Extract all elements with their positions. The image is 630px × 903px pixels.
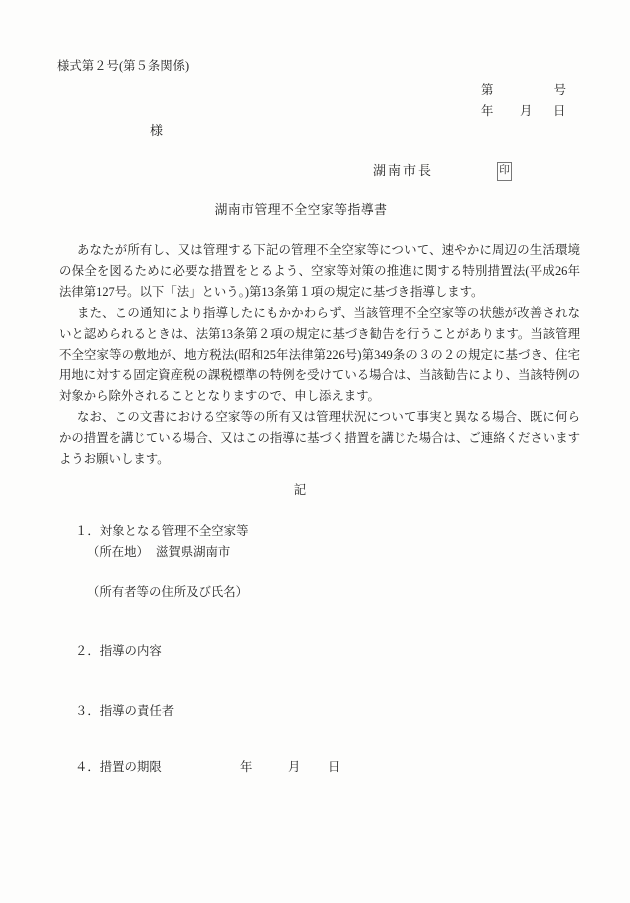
form-reference: 様式第２号(第５条関係) xyxy=(57,60,189,72)
deadline-month-label: 月 xyxy=(288,761,300,773)
document-page: 様式第２号(第５条関係) 第 号 年 月 日 様 湖南市長 印 湖南市管理不全空… xyxy=(0,0,630,903)
document-title: 湖南市管理不全空家等指導書 xyxy=(0,204,602,217)
body-paragraph-2: また、この通知により指導したにもかかわらず、当該管理不全空家等の状態が改善されな… xyxy=(59,303,580,408)
deadline-day-label: 日 xyxy=(328,761,340,773)
record-marker: 記 xyxy=(0,484,600,496)
item-4-title: 措置の期限 xyxy=(100,760,162,774)
item-4-number: ４． xyxy=(75,760,100,774)
document-number-suffix: 号 xyxy=(554,84,566,96)
item-1-title: 対象となる管理不全空家等 xyxy=(100,524,249,538)
body-paragraph-3: なお、この文書における空家等の所有又は管理状況について事実と異なる場合、既に何ら… xyxy=(59,407,580,470)
document-number-line: 第 号 xyxy=(481,84,566,98)
seal-label: 印 xyxy=(499,166,510,177)
sender-name: 湖南市長 xyxy=(373,164,433,177)
item-1-owner-line: （所有者等の住所及び氏名） xyxy=(87,586,248,598)
item-3-number: ３． xyxy=(75,704,100,718)
date-year-label: 年 xyxy=(481,105,493,117)
item-1-number: １． xyxy=(75,524,100,538)
seal-box: 印 xyxy=(497,162,512,181)
item-1-location-line: （所在地）滋賀県湖南市 xyxy=(87,546,230,558)
location-value: 滋賀県湖南市 xyxy=(156,545,230,559)
date-day-label: 日 xyxy=(553,105,565,117)
item-3-title: 指導の責任者 xyxy=(100,704,174,718)
owner-label: （所有者等の住所及び氏名） xyxy=(87,585,248,599)
addressee-honorific: 様 xyxy=(150,124,163,137)
body-paragraph-1: あなたが所有し、又は管理する下記の管理不全空家等について、速やかに周辺の生活環境… xyxy=(59,240,580,303)
item-4-label: ４．措置の期限 xyxy=(75,761,162,773)
item-3-responsible-person: ３．指導の責任者 xyxy=(75,705,174,717)
body-text: あなたが所有し、又は管理する下記の管理不全空家等について、速やかに周辺の生活環境… xyxy=(59,240,580,470)
item-1-target-house: １．対象となる管理不全空家等 xyxy=(75,525,248,537)
item-4-deadline: ４．措置の期限 年 月 日 xyxy=(75,761,375,775)
deadline-year-label: 年 xyxy=(240,761,252,773)
document-number-prefix: 第 xyxy=(481,84,493,96)
location-label: （所在地） xyxy=(87,545,149,559)
date-month-label: 月 xyxy=(520,105,532,117)
item-2-guidance-content: ２．指導の内容 xyxy=(75,645,162,657)
date-line: 年 月 日 xyxy=(481,105,566,119)
item-2-number: ２． xyxy=(75,644,100,658)
item-2-title: 指導の内容 xyxy=(100,644,162,658)
